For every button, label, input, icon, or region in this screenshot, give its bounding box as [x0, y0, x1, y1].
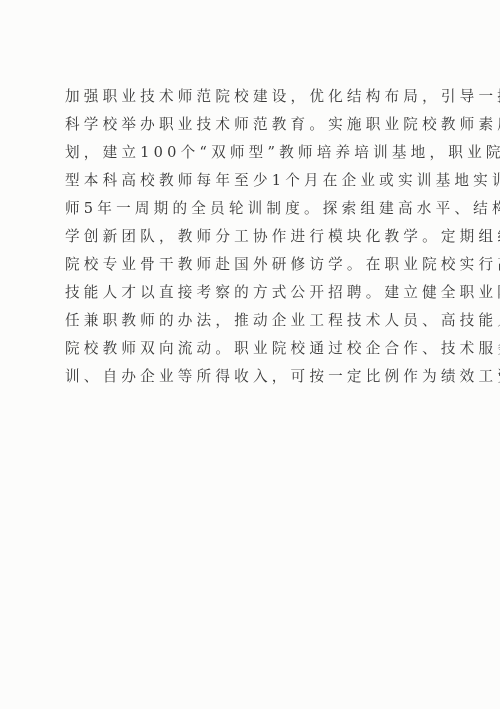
document-page: 加强职业技术师范院校建设，优化结构布局，引导一批高水平工 科学校举办职业技术师范… [0, 0, 500, 709]
body-line: 型本科高校教师每年至少1个月在企业或实训基地实训，落实教 [65, 170, 437, 192]
body-line: 技能人才以直接考察的方式公开招聘。建立健全职业院校自主聘 [65, 282, 437, 304]
body-line: 学创新团队，教师分工协作进行模块化教学。定期组织选派职业 [65, 226, 437, 248]
body-line: 训、自办企业等所得收入，可按一定比例作为绩效工资来源。 [65, 366, 425, 388]
body-line: 师5年一周期的全员轮训制度。探索组建高水平、结构化教师教 [65, 198, 437, 220]
body-line: 加强职业技术师范院校建设，优化结构布局，引导一批高水平工 [65, 86, 437, 108]
body-line: 院校教师双向流动。职业院校通过校企合作、技术服务、社会培 [65, 338, 437, 360]
body-line: 划，建立100个“双师型”教师培养培训基地，职业院校、应用 [65, 142, 437, 164]
body-line: 院校专业骨干教师赴国外研修访学。在职业院校实行高层次、高 [65, 254, 437, 276]
body-line: 任兼职教师的办法，推动企业工程技术人员、高技能人才和职业 [65, 310, 437, 332]
body-line: 科学校举办职业技术师范教育。实施职业院校教师素质提高计 [65, 114, 437, 136]
